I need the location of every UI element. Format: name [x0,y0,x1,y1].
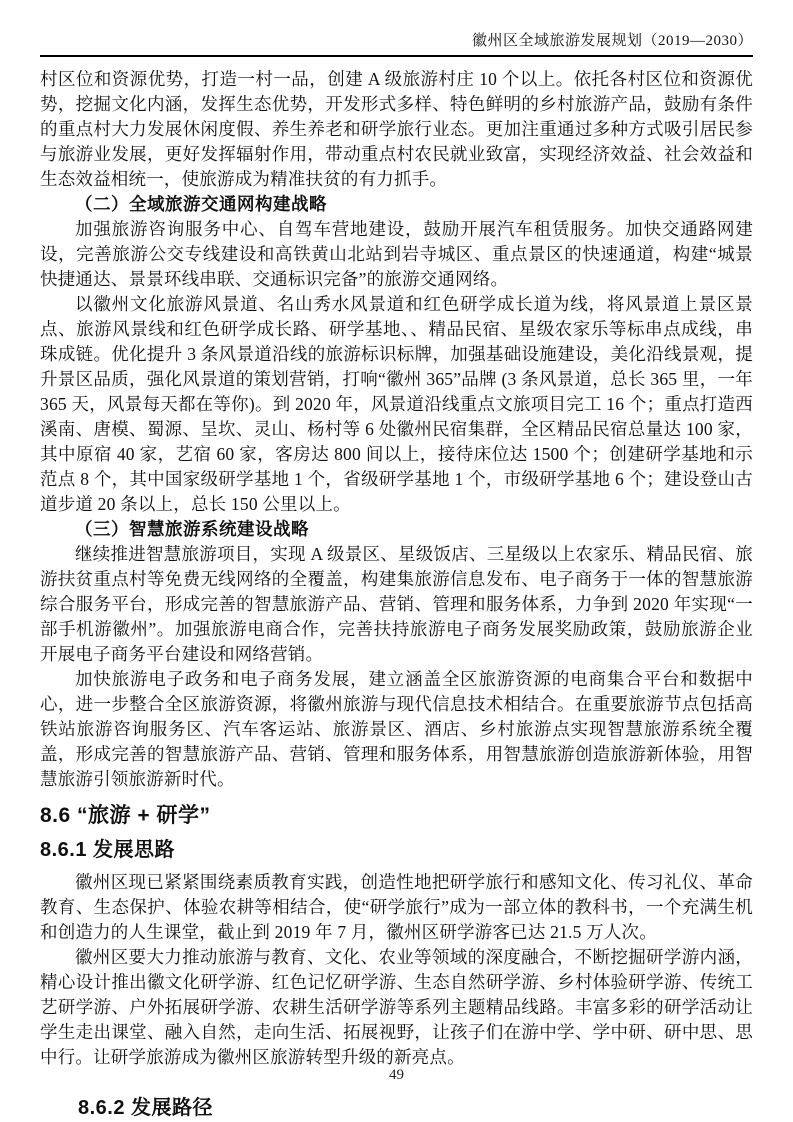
page-number: 49 [389,1067,404,1083]
document-page: 徽州区全域旅游发展规划（2019—2030） 村区位和资源优势，打造一村一品，创… [0,0,793,1122]
paragraph-transport-2: 以徽州文化旅游风景道、名山秀水风景道和红色研学成长道为线，将风景道上景区景点、旅… [40,292,753,517]
header-rule [40,55,753,57]
document-body: 村区位和资源优势，打造一村一品，创建 A 级旅游村庄 10 个以上。依托各村区位… [40,67,753,1120]
paragraph-smart-2: 加快旅游电子政务和电子商务发展，建立涵盖全区旅游资源的电商集合平台和数据中心，进… [40,667,753,792]
running-header-title: 徽州区全域旅游发展规划（2019—2030） [40,32,753,50]
heading-8-6: 8.6 “旅游 + 研学” [40,804,753,828]
paragraph-smart-1: 继续推进智慧旅游项目，实现 A 级景区、星级饭店、三星级以上农家乐、精品民宿、旅… [40,542,753,667]
paragraph-transport-1: 加强旅游咨询服务中心、自驾车营地建设，鼓励开展汽车租赁服务。加快交通路网建设，完… [40,217,753,292]
page-footer: 49 [0,1067,793,1084]
paragraph-study-1: 徽州区现已紧紧围绕素质教育实践，创造性地把研学旅行和感知文化、传习礼仪、革命教育… [40,870,753,945]
page-header: 徽州区全域旅游发展规划（2019—2030） [40,32,753,57]
heading-section-transport: （二）全域旅游交通网构建战略 [40,192,753,217]
paragraph-study-2: 徽州区要大力推动旅游与教育、文化、农业等领域的深度融合，不断挖掘研学游内涵，精心… [40,945,753,1070]
heading-8-6-1: 8.6.1 发展思路 [40,838,753,862]
heading-8-6-2: 8.6.2 发展路径 [78,1096,753,1120]
paragraph-continuation: 村区位和资源优势，打造一村一品，创建 A 级旅游村庄 10 个以上。依托各村区位… [40,67,753,192]
heading-section-smart-tourism: （三）智慧旅游系统建设战略 [40,517,753,542]
